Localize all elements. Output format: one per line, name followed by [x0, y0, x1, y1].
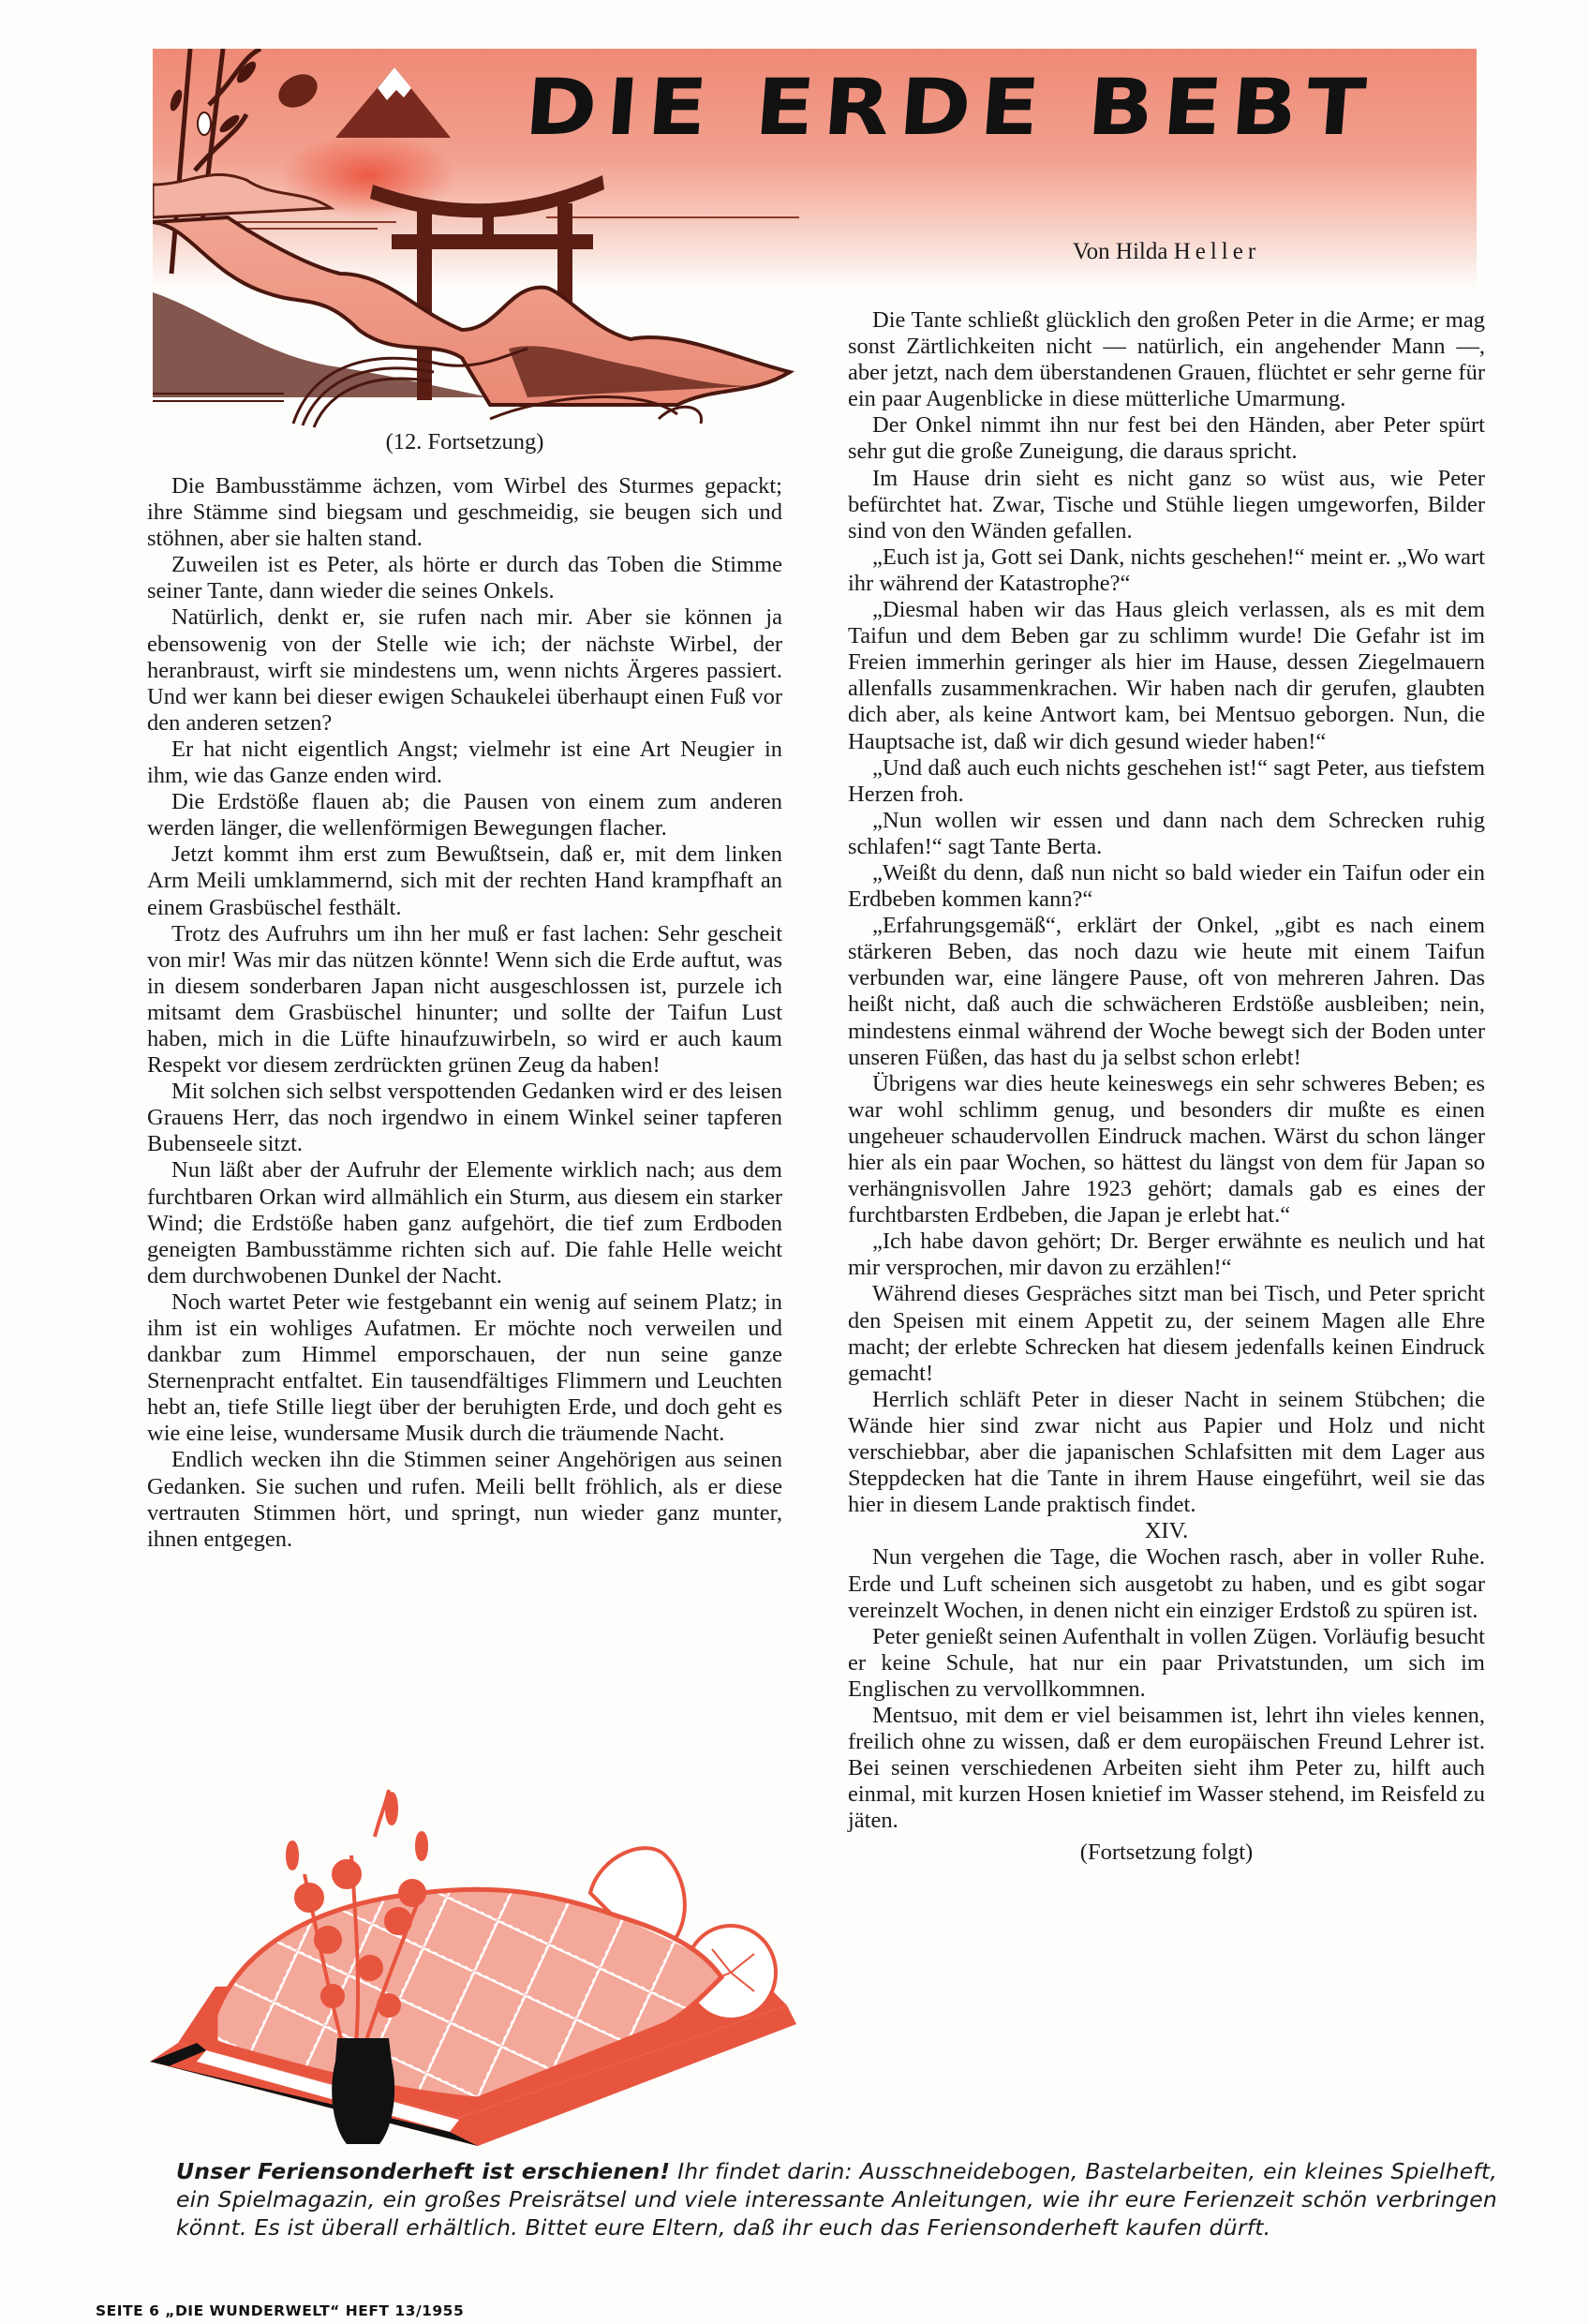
paragraph: Jetzt kommt ihm erst zum Bewußtsein, daß…: [147, 842, 782, 920]
author-surname: Heller: [1174, 239, 1260, 264]
paragraph: „Weißt du denn, daß nun nicht so bald wi…: [848, 860, 1485, 913]
paragraph: Während dieses Gespräches sitzt man bei …: [848, 1281, 1485, 1386]
author-byline: Von Hilda Heller: [848, 239, 1485, 265]
paragraph: Im Hause drin sieht es nicht ganz so wüs…: [848, 466, 1485, 544]
paragraph: Mit solchen sich selbst verspottenden Ge…: [147, 1079, 782, 1157]
continuation-label: (12. Fortsetzung): [147, 429, 782, 455]
paragraph: Übrigens war dies heute keineswegs ein s…: [848, 1071, 1485, 1229]
paragraph: Trotz des Aufruhrs um ihn her muß er fas…: [147, 921, 782, 1080]
paragraph: „Erfahrungsgemäß“, erklärt der Onkel, „g…: [848, 913, 1485, 1071]
paragraph: Die Bambusstämme ächzen, vom Wirbel des …: [147, 473, 782, 552]
paragraph: Zuweilen ist es Peter, als hörte er durc…: [147, 552, 782, 604]
vase-icon: [332, 2038, 394, 2144]
paragraph: Die Erdstöße flauen ab; die Pausen von e…: [147, 789, 782, 842]
chapter-heading: XIV.: [848, 1518, 1485, 1544]
announcement-headline: Unser Feriensonderheft ist erschienen!: [176, 2158, 670, 2184]
paragraph: Noch wartet Peter wie festgebannt ein we…: [147, 1289, 782, 1448]
paragraph: Mentsuo, mit dem er viel beisammen ist, …: [848, 1703, 1485, 1834]
paragraph: Der Onkel nimmt ihn nur fest bei den Hän…: [848, 412, 1485, 465]
author-prefix: Von Hilda: [1073, 239, 1168, 264]
paragraph: „Euch ist ja, Gott sei Dank, nichts gesc…: [848, 544, 1485, 597]
paragraph: „Ich habe davon gehört; Dr. Berger erwäh…: [848, 1229, 1485, 1281]
page-footer: SEITE 6 „DIE WUNDERWELT“ HEFT 13/1955: [96, 2302, 464, 2319]
paragraph: Nun läßt aber der Aufruhr der Elemente w…: [147, 1157, 782, 1289]
paragraph: Endlich wecken ihn die Stimmen seiner An…: [147, 1447, 782, 1552]
special-issue-announcement: Unser Feriensonderheft ist erschienen! I…: [176, 2157, 1497, 2242]
paragraph: Nun vergehen die Tage, die Wochen rasch,…: [848, 1544, 1485, 1623]
paragraph: „Diesmal haben wir das Haus gleich verla…: [848, 597, 1485, 755]
to-be-continued-label: (Fortsetzung folgt): [848, 1840, 1485, 1866]
right-text-column: Die Tante schließt glücklich den großen …: [848, 307, 1485, 1867]
paragraph: Herrlich schläft Peter in dieser Nacht i…: [848, 1387, 1485, 1518]
paragraph: „Nun wollen wir essen und dann nach dem …: [848, 808, 1485, 860]
paragraph: Peter genießt seinen Aufenthalt in volle…: [848, 1624, 1485, 1703]
paragraph: Natürlich, denkt er, sie rufen nach mir.…: [147, 604, 782, 736]
paragraph: Die Tante schließt glücklich den großen …: [848, 307, 1485, 412]
sleeping-figure-illustration: [141, 1752, 815, 2146]
paragraph: Er hat nicht eigentlich Angst; vielmehr …: [147, 737, 782, 789]
paragraph: „Und daß auch euch nichts geschehen ist!…: [848, 755, 1485, 808]
article-title: DIE ERDE BEBT: [520, 63, 1475, 172]
left-text-column: Die Bambusstämme ächzen, vom Wirbel des …: [147, 473, 782, 1553]
